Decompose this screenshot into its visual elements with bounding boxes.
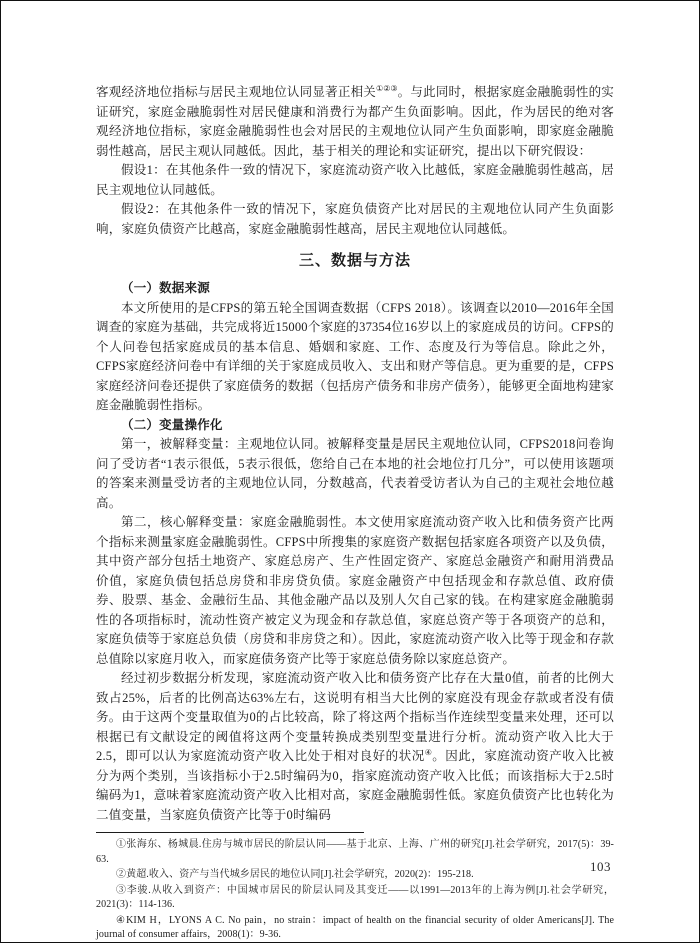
- paragraph-continuation: 客观经济地位指标与居民主观地位认同显著正相关①②③。与此同时，根据家庭金融脆弱性…: [96, 83, 614, 161]
- hypothesis-1-paragraph: 假设1：在其他条件一致的情况下，家庭流动资产收入比越低，家庭金融脆弱性越高，居民…: [96, 161, 614, 200]
- subsection-heading-data-source: （一）数据来源: [96, 279, 614, 299]
- footnote-3: ③李骏.从收入到资产：中国城市居民的阶层认同及其变迁——以1991—2013年的…: [96, 884, 614, 913]
- footnote-divider: [96, 832, 364, 833]
- footnote-1: ①张海东、杨城晨.住房与城市居民的阶层认同——基于北京、上海、广州的研究[J].…: [96, 838, 614, 867]
- subsection-heading-variable-operationalization: （二）变量操作化: [96, 416, 614, 436]
- document-page: 客观经济地位指标与居民主观地位认同显著正相关①②③。与此同时，根据家庭金融脆弱性…: [0, 0, 700, 943]
- paragraph-data-source: 本文所使用的是CFPS的第五轮全国调查数据（CFPS 2018）。该调查以201…: [96, 299, 614, 416]
- paragraph-core-explanatory-variable: 第二，核心解释变量：家庭金融脆弱性。本文使用家庭流动资产收入比和债务资产比两个指…: [96, 513, 614, 669]
- page-content: 客观经济地位指标与居民主观地位认同显著正相关①②③。与此同时，根据家庭金融脆弱性…: [96, 83, 614, 943]
- footnote-marker-1-2-3: ①②③: [376, 84, 398, 93]
- footnote-4: ④KIM H，LYONS A C. No pain，no strain：impa…: [96, 914, 614, 943]
- page-number: 103: [590, 859, 611, 875]
- paragraph-text: 客观经济地位指标与居民主观地位认同显著正相关: [96, 85, 376, 99]
- footnote-2: ②黄超.收入、资产与当代城乡居民的地位认同[J].社会学研究，2020(2)：1…: [96, 868, 614, 883]
- paragraph-dependent-variable: 第一，被解释变量：主观地位认同。被解释变量是居民主观地位认同，CFPS2018问…: [96, 435, 614, 513]
- footnotes-section: ①张海东、杨城晨.住房与城市居民的阶层认同——基于北京、上海、广州的研究[J].…: [96, 838, 614, 943]
- section-heading-data-and-methods: 三、数据与方法: [96, 250, 614, 272]
- hypothesis-2-paragraph: 假设2：在其他条件一致的情况下，家庭负债资产比对居民的主观地位认同产生负面影响，…: [96, 200, 614, 239]
- paragraph-preliminary-analysis: 经过初步数据分析发现，家庭流动资产收入比和债务资产比存在大量0值，前者的比例大致…: [96, 669, 614, 825]
